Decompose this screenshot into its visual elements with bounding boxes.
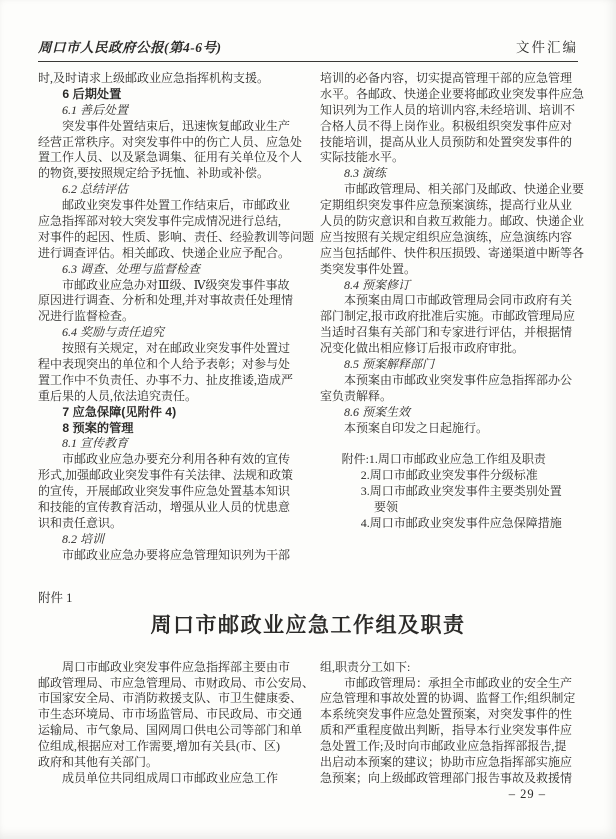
text-line: 市邮政业应急办对Ⅲ级、Ⅳ级突发事件事故 [38,278,296,294]
text-line: 市邮政业应急办要将应急管理知识列为干部 [38,548,296,564]
text-line: 知识列为工作人员的培训内容,未经培训、培训不 [320,103,578,119]
gazette-title: 周口市人民政府公报(第4-6号) [38,36,222,56]
text-line: 突发事件处置结束后，迅速恢复邮政业生产 [38,119,296,135]
text-line: 8.4 预案修订 [320,278,578,294]
text-line: 6.4 奖励与责任追究 [38,325,296,341]
text-line: 本系统突发事件应急处置预案，对突发事件的性 [320,707,578,723]
text-line: 8.5 预案解释部门 [320,357,578,373]
text-line: 应当按照有关规定组织应急演练，应急演练内容 [320,230,578,246]
text-line: 市邮政管理局、相关部门及邮政、快递企业要 [320,182,578,198]
text-line: 8 预案的管理 [38,421,296,437]
text-line: 当适时召集有关部门和专家进行评估，并根据情 [320,325,578,341]
text-line: 技能培训，提高从业人员预防和处置突发事件的 [320,135,578,151]
page-number: – 29 – [509,787,546,802]
text-line: 急预案；向上级邮政管理部门报告事故及救援情 [320,771,578,787]
text-line: 况变化做出相应修订后报市政府审批。 [320,341,578,357]
text-line: 本预案由周口市邮政管理局会同市政府有关 [320,293,578,309]
text-line: 室负责解释。 [320,389,578,405]
main-text-columns: 时,及时请求上级邮政业应急指挥机构支援。6 后期处置6.1 善后处置突发事件处置… [38,71,578,564]
text-line: 市邮政管理局：承担全市邮政业的安全生产 [320,676,578,692]
text-line: 市国家安全局、市消防救援支队、市卫生健康委、 [38,691,296,707]
bottom-left-column: 周口市邮政业突发事件应急指挥部主要由市邮政管理局、市应急管理局、市财政局、市公安… [38,660,296,787]
text-line: 8.3 演练 [320,166,578,182]
text-line: 实际技能水平。 [320,150,578,166]
text-line: 应急管理和事故处置的协调、监督工作;组织制定 [320,691,578,707]
text-line: 2.周口市邮政业突发事件分级标准 [320,468,578,484]
text-line: 7 应急保障(见附件 4) [38,405,296,421]
text-line: 对事件的起因、性质、影响、责任、经验教训等问题 [38,230,296,246]
text-line: 附件:1.周口市邮政业应急工作组及职责 [320,452,578,468]
text-line: 8.2 培训 [38,532,296,548]
text-line: 的物资,要按照规定给予抚恤、补助或补偿。 [38,166,296,182]
text-line: 本预案自印发之日起施行。 [320,421,578,437]
attachment-label: 附件 1 [38,590,578,606]
attachment-title: 周口市邮政业应急工作组及职责 [38,612,578,638]
text-line: 形式,加强邮政业突发事件有关法律、法规和政策 [38,468,296,484]
text-line: 本预案由市邮政业突发事件应急指挥部办公 [320,373,578,389]
text-line: 类突发事件处置。 [320,262,578,278]
text-line: 6.1 善后处置 [38,103,296,119]
text-line: 置工作中不负责任、办事不力、扯皮推诿,造成严 [38,373,296,389]
text-line: 经营正常秩序。对突发事件中的伤亡人员、应急处 [38,135,296,151]
text-line: 重后果的人员,依法追究责任。 [38,389,296,405]
text-line: 邮政业突发事件处置工作结束后，市邮政业 [38,198,296,214]
text-line: 的宣传，开展邮政业突发事件应急处置基本知识 [38,484,296,500]
text-line: 运输局、市气象局、国网周口供电公司等部门和单 [38,723,296,739]
text-line: 市邮政业应急办要充分利用各种有效的宣传 [38,452,296,468]
text-line: 部门制定,报市政府批准后实施。市邮政管理局应 [320,309,578,325]
text-line: 况进行监督检查。 [38,309,296,325]
text-line: 8.6 预案生效 [320,405,578,421]
bottom-right-column: 组,职责分工如下:市邮政管理局：承担全市邮政业的安全生产应急管理和事故处置的协调… [320,660,578,787]
text-line: 按照有关规定，对在邮政业突发事件处置过 [38,341,296,357]
text-line: 质和严重程度做出判断，指导本行业突发事件应 [320,723,578,739]
text-line: 市生态环境局、市市场监管局、市民政局、市交通 [38,707,296,723]
text-line: 组,职责分工如下: [320,660,578,676]
text-line: 成员单位共同组成周口市邮政业应急工作 [38,771,296,787]
text-line: 3.周口市邮政业突发事件主要类别处置 [320,484,578,500]
text-line: 应当包括邮件、快件积压损毁、寄递渠道中断等各 [320,246,578,262]
text-line: 程中表现突出的单位和个人给予表彰；对参与处 [38,357,296,373]
text-line: 8.1 宣传教育 [38,436,296,452]
text-line: 位组成,根据应对工作需要,增加有关县(市、区) [38,739,296,755]
attachment-text-columns: 周口市邮政业突发事件应急指挥部主要由市邮政管理局、市应急管理局、市财政局、市公安… [38,660,578,787]
text-line: 6 后期处置 [38,87,296,103]
text-line: 原因进行调查、分析和处理,并对事故责任处理情 [38,293,296,309]
section-label: 文件汇编 [516,36,578,56]
text-line: 时,及时请求上级邮政业应急指挥机构支援。 [38,71,296,87]
text-line: 出启动本预案的建议；协助市应急指挥部实施应 [320,755,578,771]
text-line: 合格人员不得上岗作业。积极组织突发事件应对 [320,119,578,135]
text-line: 水平。各邮政、快递企业要将邮政业突发事件应急 [320,87,578,103]
text-line: 6.3 调查、处理与监督检查 [38,262,296,278]
text-line: 和技能的宣传教育活动，增强从业人员的忧患意 [38,500,296,516]
text-line: 置工作人员、以及紧急调集、征用有关单位及个人 [38,150,296,166]
text-line: 政府和其他有关部门。 [38,755,296,771]
text-line: 应急指挥部对较大突发事件完成情况进行总结, [38,214,296,230]
top-left-column: 时,及时请求上级邮政业应急指挥机构支援。6 后期处置6.1 善后处置突发事件处置… [38,71,296,564]
text-line: 要领 [320,500,578,516]
page-header: 周口市人民政府公报(第4-6号) 文件汇编 [38,36,578,62]
text-line: 培训的必备内容，切实提高管理干部的应急管理 [320,71,578,87]
gazette-page: 周口市人民政府公报(第4-6号) 文件汇编 时,及时请求上级邮政业应急指挥机构支… [0,0,616,839]
text-line: 识和责任意识。 [38,516,296,532]
text-line: 人员的防灾意识和自救互救能力。邮政、快递企业 [320,214,578,230]
text-line: 6.2 总结评估 [38,182,296,198]
text-line: 周口市邮政业突发事件应急指挥部主要由市 [38,660,296,676]
text-line [320,436,578,452]
text-line: 定期组织突发事件应急预案演练，提高行业从业 [320,198,578,214]
top-right-column: 培训的必备内容，切实提高管理干部的应急管理水平。各邮政、快递企业要将邮政业突发事… [320,71,578,564]
text-line: 4.周口市邮政业突发事件应急保障措施 [320,516,578,532]
text-line: 进行调查评估。相关邮政、快递企业应予配合。 [38,246,296,262]
text-line: 急处置工作;及时向市邮政业应急指挥部报告,提 [320,739,578,755]
text-line: 邮政管理局、市应急管理局、市财政局、市公安局、 [38,676,296,692]
